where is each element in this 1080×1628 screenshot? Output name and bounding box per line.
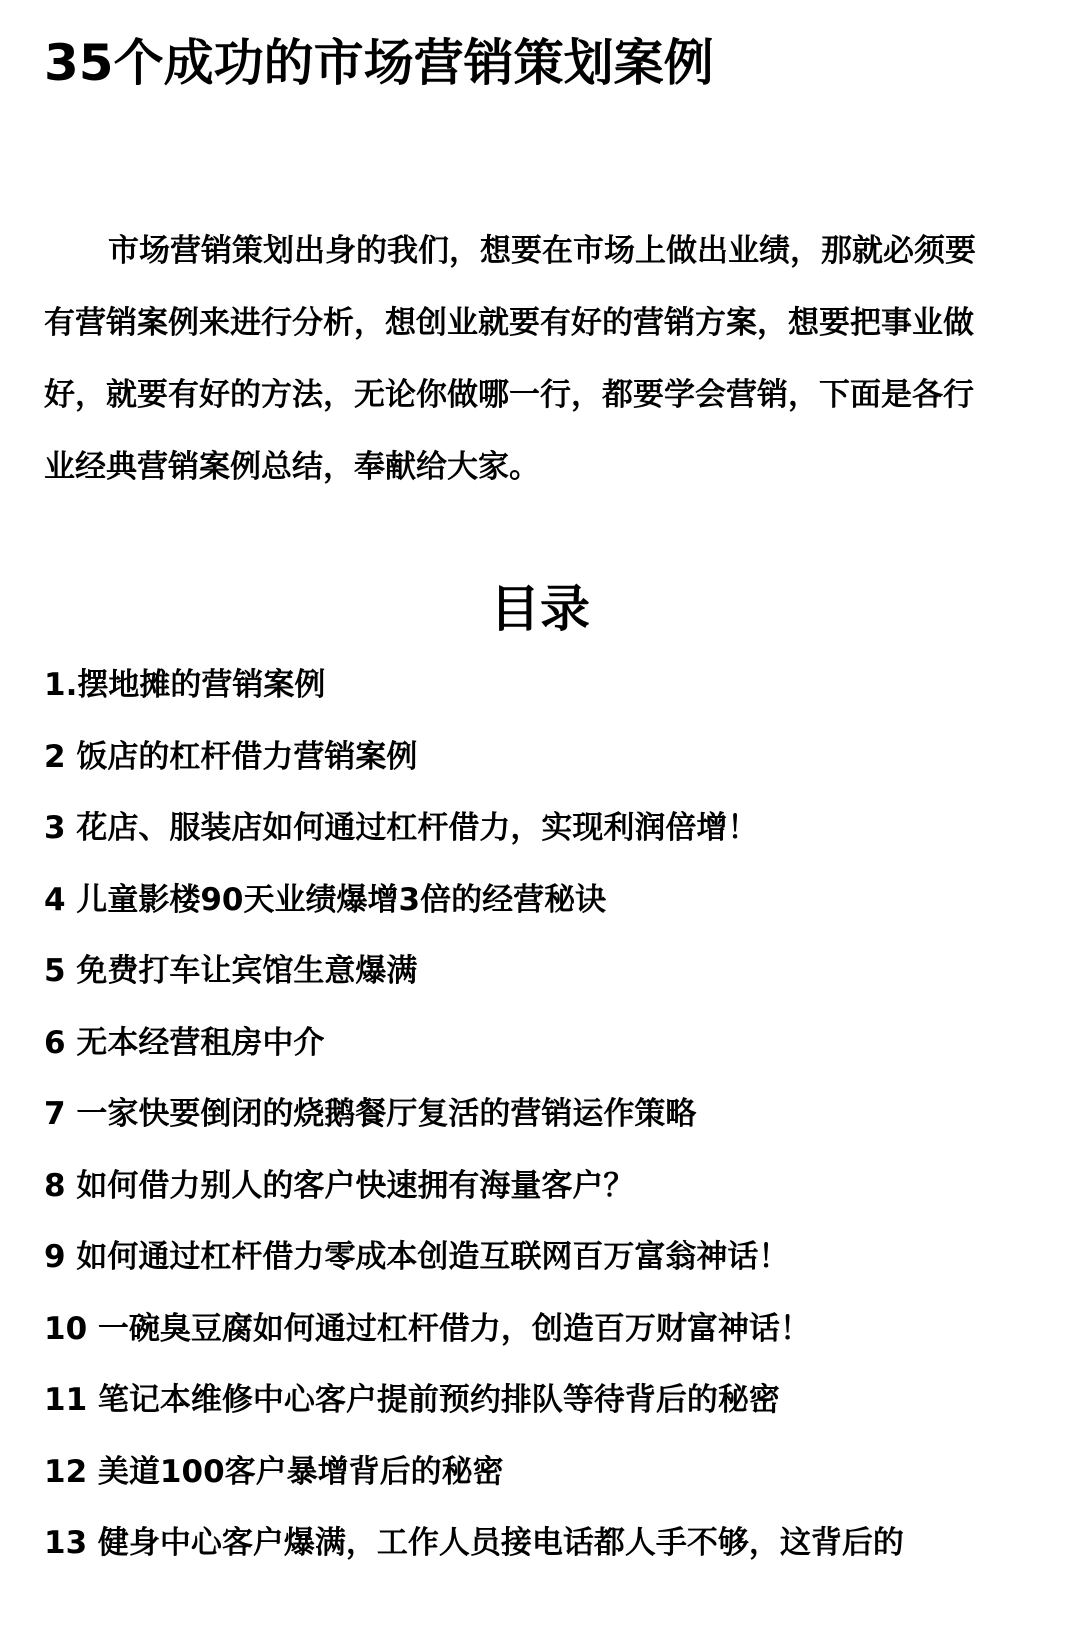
toc-item-3[interactable]: 3 花店、服装店如何通过杠杆借力，实现利润倍增！ (44, 793, 1044, 865)
toc-item-10[interactable]: 10 一碗臭豆腐如何通过杠杆借力，创造百万财富神话！ (44, 1294, 1044, 1366)
toc-link[interactable]: 12 美道100客户暴增背后的秘密 (44, 1454, 504, 1490)
toc-link[interactable]: 5 免费打车让宾馆生意爆满 (44, 953, 417, 989)
toc-link[interactable]: 13 健身中心客户爆满，工作人员接电话都人手不够，这背后的 (44, 1525, 904, 1561)
toc-link[interactable]: 9 如何通过杠杆借力零成本创造互联网百万富翁神话！ (44, 1239, 789, 1275)
table-of-contents: 1.摆地摊的营销案例 2 饭店的杠杆借力营销案例 3 花店、服装店如何通过杠杆借… (44, 650, 1044, 1580)
toc-item-8[interactable]: 8 如何借力别人的客户快速拥有海量客户？ (44, 1151, 1044, 1223)
toc-item-13[interactable]: 13 健身中心客户爆满，工作人员接电话都人手不够，这背后的 (44, 1508, 1044, 1580)
toc-link[interactable]: 11 笔记本维修中心客户提前预约排队等待背后的秘密 (44, 1382, 780, 1418)
toc-link[interactable]: 2 饭店的杠杆借力营销案例 (44, 739, 417, 775)
toc-item-6[interactable]: 6 无本经营租房中介 (44, 1008, 1044, 1080)
toc-link[interactable]: 7 一家快要倒闭的烧鹅餐厅复活的营销运作策略 (44, 1096, 696, 1132)
intro-paragraph: 市场营销策划出身的我们，想要在市场上做出业绩，那就必须要有营销案例来进行分析，想… (44, 215, 1004, 503)
toc-link[interactable]: 8 如何借力别人的客户快速拥有海量客户？ (44, 1168, 634, 1204)
toc-item-7[interactable]: 7 一家快要倒闭的烧鹅餐厅复活的营销运作策略 (44, 1079, 1044, 1151)
toc-link[interactable]: 3 花店、服装店如何通过杠杆借力，实现利润倍增！ (44, 810, 758, 846)
toc-link[interactable]: 1.摆地摊的营销案例 (44, 667, 325, 703)
toc-heading: 目录 (0, 576, 1080, 642)
toc-item-2[interactable]: 2 饭店的杠杆借力营销案例 (44, 722, 1044, 794)
toc-item-1[interactable]: 1.摆地摊的营销案例 (44, 650, 1044, 722)
toc-item-9[interactable]: 9 如何通过杠杆借力零成本创造互联网百万富翁神话！ (44, 1222, 1044, 1294)
toc-link[interactable]: 6 无本经营租房中介 (44, 1025, 324, 1061)
toc-link[interactable]: 4 儿童影楼90天业绩爆增3倍的经营秘诀 (44, 882, 606, 918)
page-title: 35个成功的市场营销策划案例 (44, 28, 714, 98)
toc-item-4[interactable]: 4 儿童影楼90天业绩爆增3倍的经营秘诀 (44, 865, 1044, 937)
toc-link[interactable]: 10 一碗臭豆腐如何通过杠杆借力，创造百万财富神话！ (44, 1311, 811, 1347)
toc-item-12[interactable]: 12 美道100客户暴增背后的秘密 (44, 1437, 1044, 1509)
toc-item-11[interactable]: 11 笔记本维修中心客户提前预约排队等待背后的秘密 (44, 1365, 1044, 1437)
toc-item-5[interactable]: 5 免费打车让宾馆生意爆满 (44, 936, 1044, 1008)
